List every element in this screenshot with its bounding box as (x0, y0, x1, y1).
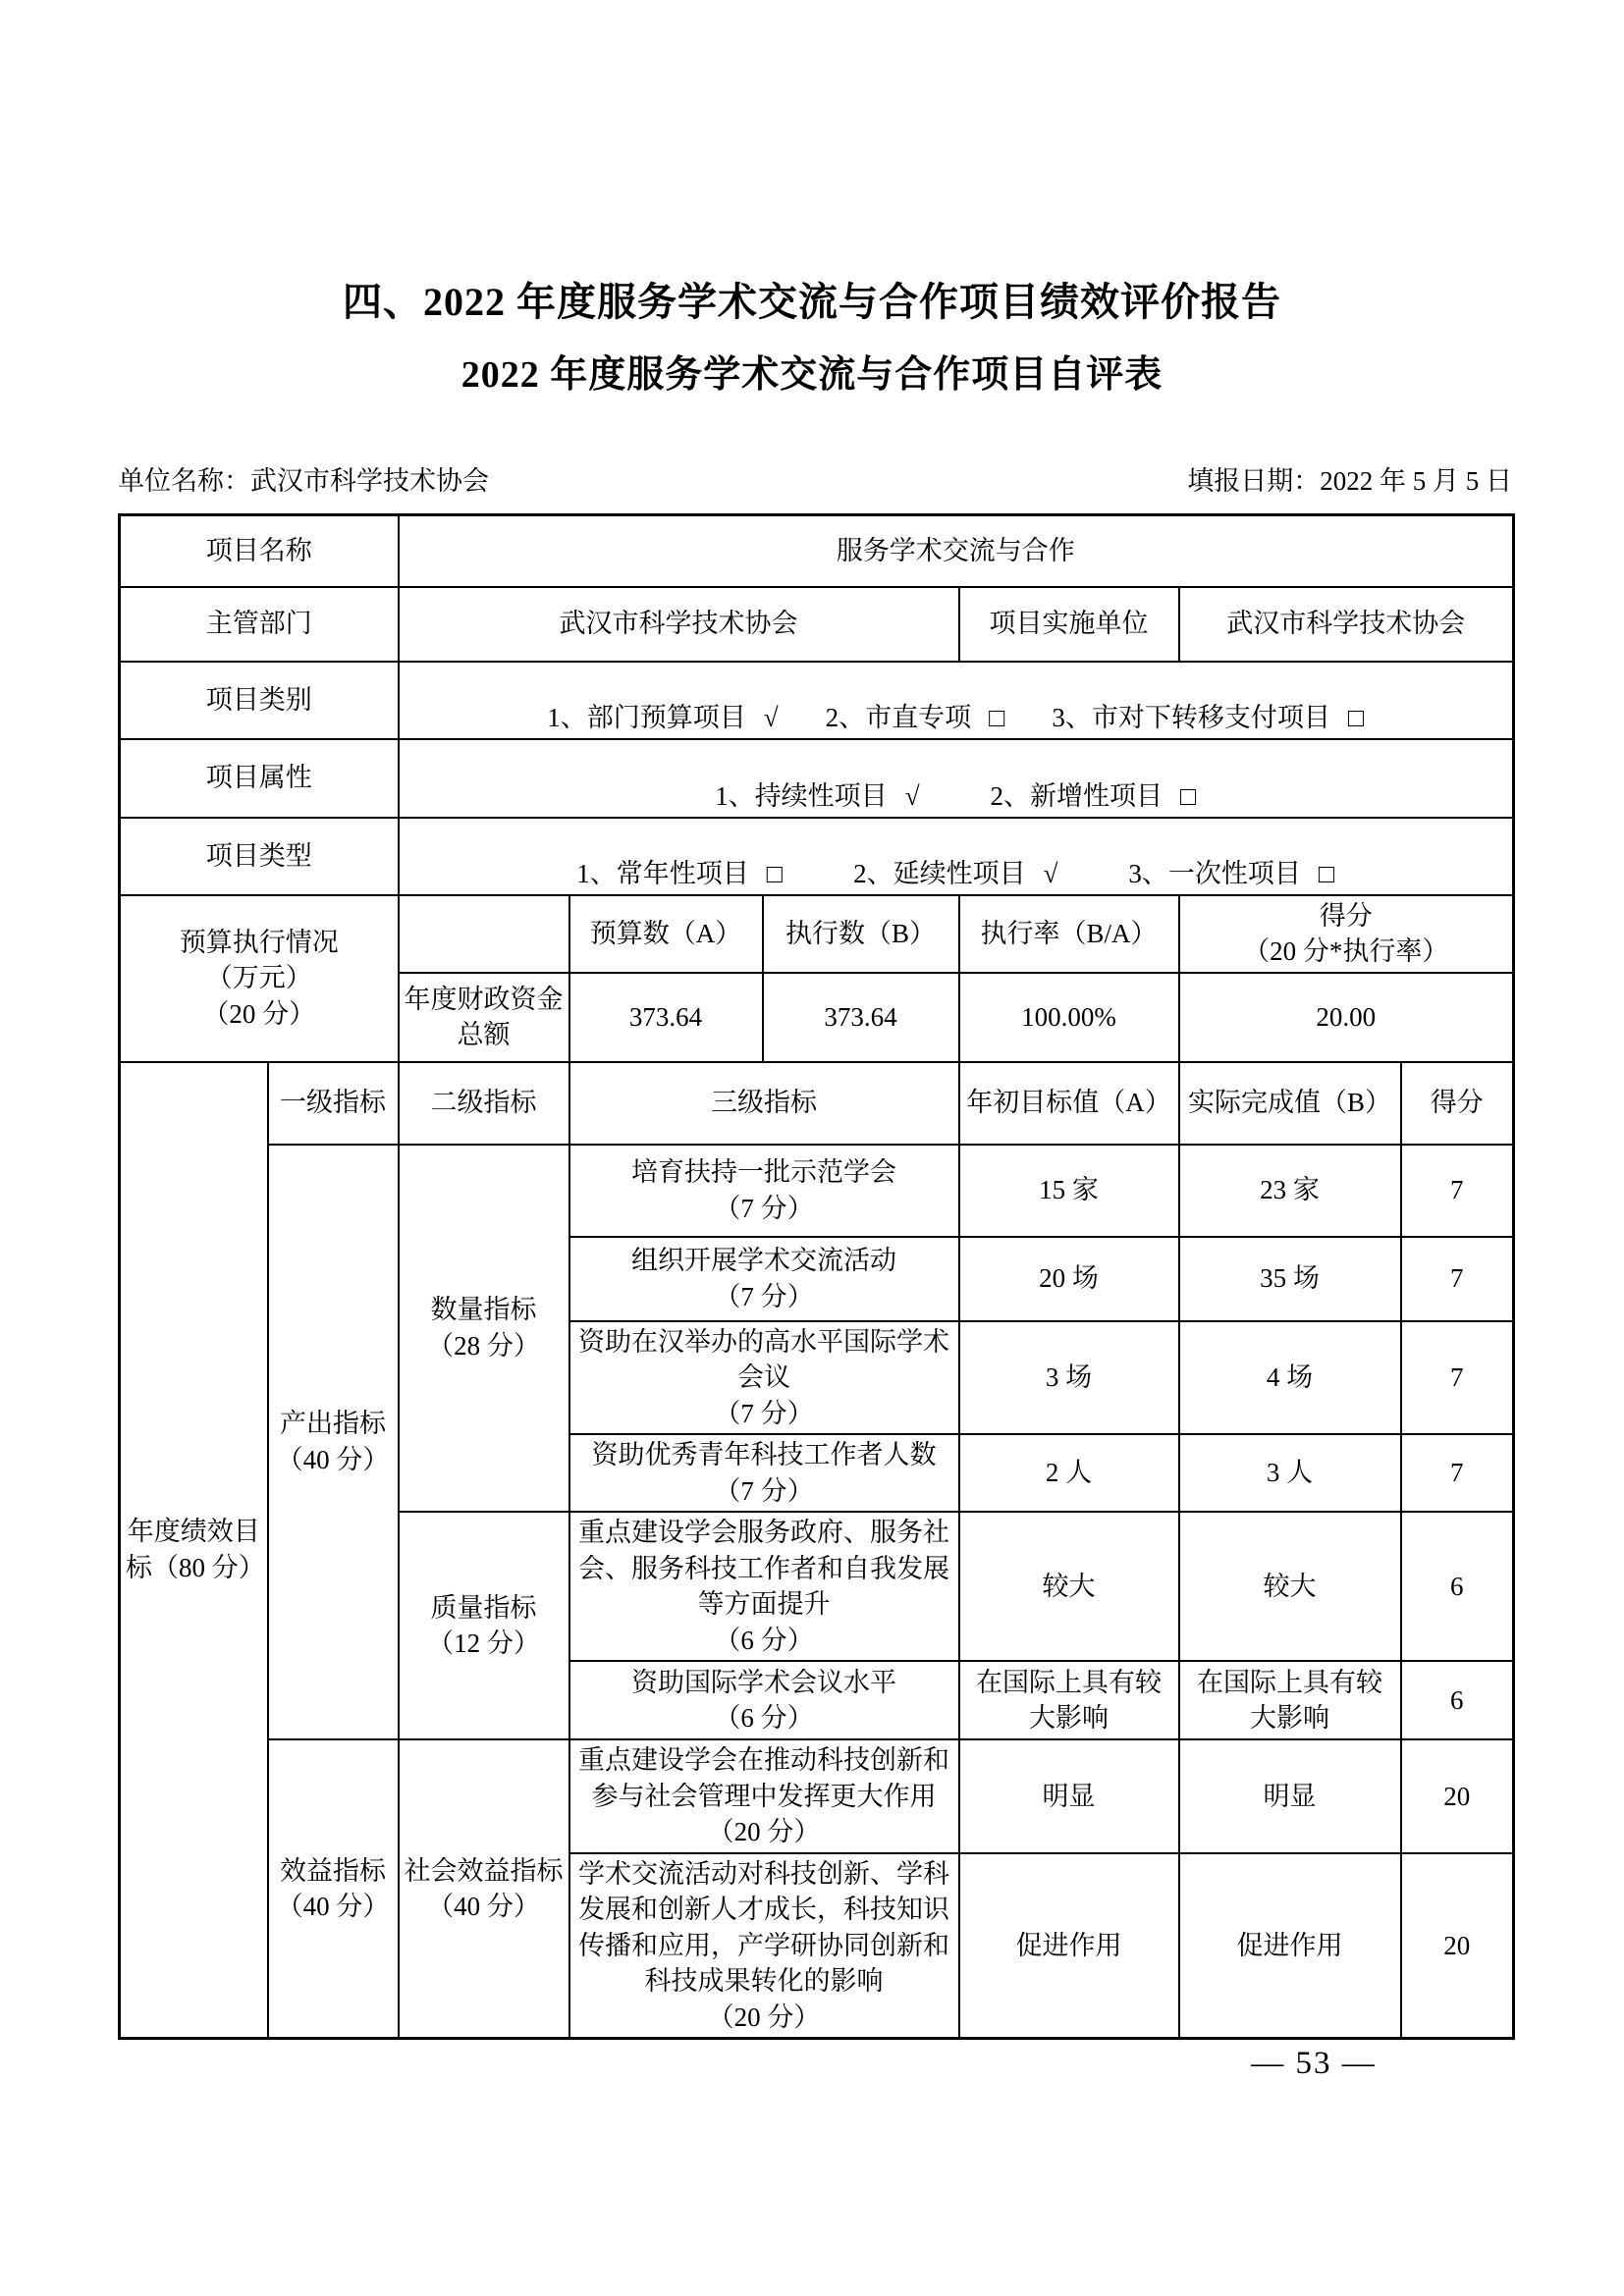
category-label: 项目类别 (120, 662, 399, 739)
project-name-label: 项目名称 (120, 515, 399, 587)
budget-section-label: 预算执行情况 （万元） （20 分） (120, 895, 399, 1062)
budget-header-score: 得分 （20 分*执行率） (1179, 895, 1514, 973)
indicator-cell: 学术交流活动对科技创新、学科 发展和创新人才成长，科技知识 传播和应用，产学研协… (569, 1853, 959, 2039)
actual-cell: 4 场 (1179, 1321, 1401, 1435)
checkmark-icon: √ (764, 700, 779, 736)
table-row: 年度绩效目 标（80 分） 一级指标 二级指标 三级指标 年初目标值（A） 实际… (120, 1062, 1514, 1145)
level1-output-cell: 产出指标 （40 分） (268, 1145, 399, 1740)
budget-header-amount: 预算数（A） (569, 895, 763, 973)
header-score: 得分 (1401, 1062, 1514, 1145)
actual-cell: 35 场 (1179, 1237, 1401, 1321)
option-text: 3、一次性项目 (1128, 856, 1301, 892)
indicator-cell: 资助在汉举办的高水平国际学术 会议 （7 分） (569, 1321, 959, 1435)
score-cell: 7 (1401, 1237, 1514, 1321)
project-name-value: 服务学术交流与合作 (399, 515, 1514, 587)
budget-header-rate: 执行率（B/A） (959, 895, 1179, 973)
header-level3: 三级指标 (569, 1062, 959, 1145)
target-cell: 15 家 (959, 1145, 1179, 1237)
category-option-1: 1、部门预算项目 √ (547, 700, 778, 736)
type-options: 1、常年性项目 □ 2、延续性项目 √ 3、一次性项目 □ (399, 818, 1514, 895)
table-row: 项目类别 1、部门预算项目 √ 2、市直专项 □ 3、市对下转移支付项目 (120, 662, 1514, 739)
type-option-3: 3、一次性项目 □ (1128, 856, 1334, 892)
budget-score-value: 20.00 (1179, 973, 1514, 1062)
category-option-2: 2、市直专项 □ (826, 700, 1005, 736)
score-cell: 20 (1401, 1739, 1514, 1853)
option-text: 2、市直专项 (826, 700, 972, 736)
budget-exec-value: 373.64 (763, 973, 959, 1062)
dept-value: 武汉市科学技术协会 (399, 587, 959, 662)
actual-cell: 明显 (1179, 1739, 1401, 1853)
performance-section-label: 年度绩效目 标（80 分） (120, 1062, 268, 2039)
budget-rate-value: 100.00% (959, 973, 1179, 1062)
target-cell: 20 场 (959, 1237, 1179, 1321)
target-cell: 较大 (959, 1512, 1179, 1661)
indicator-cell: 重点建设学会服务政府、服务社 会、服务科技工作者和自我发展 等方面提升 （6 分… (569, 1512, 959, 1661)
budget-header-exec: 执行数（B） (763, 895, 959, 973)
unit-name: 单位名称：武汉市科学技术协会 (118, 459, 489, 498)
target-cell: 3 场 (959, 1321, 1179, 1435)
type-label: 项目类型 (120, 818, 399, 895)
table-row: 主管部门 武汉市科学技术协会 项目实施单位 武汉市科学技术协会 (120, 587, 1514, 662)
dept-label: 主管部门 (120, 587, 399, 662)
option-text: 2、新增性项目 (991, 778, 1164, 815)
target-cell: 在国际上具有较 大影响 (959, 1661, 1179, 1739)
report-title: 四、2022 年度服务学术交流与合作项目绩效评价报告 (0, 271, 1624, 327)
table-row: 项目属性 1、持续性项目 √ 2、新增性项目 □ (120, 739, 1514, 818)
indicator-cell: 重点建设学会在推动科技创新和 参与社会管理中发挥更大作用 （20 分） (569, 1739, 959, 1853)
indicator-cell: 资助优秀青年科技工作者人数 （7 分） (569, 1434, 959, 1512)
budget-amount-value: 373.64 (569, 973, 763, 1062)
checkmark-icon: √ (1044, 856, 1058, 892)
budget-empty-cell (399, 895, 569, 973)
table-row: 项目名称 服务学术交流与合作 (120, 515, 1514, 587)
option-text: 1、常年性项目 (576, 856, 749, 892)
header-level2: 二级指标 (399, 1062, 569, 1145)
indicator-row: 效益指标 （40 分） 社会效益指标 （40 分） 重点建设学会在推动科技创新和… (120, 1739, 1514, 1853)
checkbox-empty-icon: □ (1180, 778, 1196, 815)
impl-unit-value: 武汉市科学技术协会 (1179, 587, 1514, 662)
target-cell: 2 人 (959, 1434, 1179, 1512)
indicator-row: 产出指标 （40 分） 数量指标 （28 分） 培育扶持一批示范学会 （7 分）… (120, 1145, 1514, 1237)
attribute-options: 1、持续性项目 √ 2、新增性项目 □ (399, 739, 1514, 818)
document-page: 四、2022 年度服务学术交流与合作项目绩效评价报告 2022 年度服务学术交流… (0, 0, 1624, 2296)
indicator-cell: 资助国际学术会议水平 （6 分） (569, 1661, 959, 1739)
actual-cell: 促进作用 (1179, 1853, 1401, 2039)
level2-social-cell: 社会效益指标 （40 分） (399, 1739, 569, 2039)
type-option-2: 2、延续性项目 √ (853, 856, 1057, 892)
option-text: 1、持续性项目 (715, 778, 888, 815)
checkbox-empty-icon: □ (989, 700, 1004, 736)
page-number: — 53 — (1220, 2046, 1407, 2082)
actual-cell: 3 人 (1179, 1434, 1401, 1512)
checkbox-empty-icon: □ (1348, 700, 1364, 736)
impl-unit-label: 项目实施单位 (959, 587, 1179, 662)
option-text: 3、市对下转移支付项目 (1052, 700, 1330, 736)
score-cell: 7 (1401, 1321, 1514, 1435)
checkbox-empty-icon: □ (1319, 856, 1334, 892)
indicator-cell: 组织开展学术交流活动 （7 分） (569, 1237, 959, 1321)
indicator-cell: 培育扶持一批示范学会 （7 分） (569, 1145, 959, 1237)
category-option-3: 3、市对下转移支付项目 □ (1052, 700, 1364, 736)
table-title: 2022 年度服务学术交流与合作项目自评表 (0, 344, 1624, 398)
attribute-option-2: 2、新增性项目 □ (991, 778, 1197, 815)
score-cell: 6 (1401, 1512, 1514, 1661)
score-cell: 7 (1401, 1145, 1514, 1237)
checkbox-empty-icon: □ (767, 856, 783, 892)
target-cell: 明显 (959, 1739, 1179, 1853)
meta-row: 单位名称：武汉市科学技术协会 填报日期：2022 年 5 月 5 日 (118, 459, 1512, 498)
actual-cell: 在国际上具有较 大影响 (1179, 1661, 1401, 1739)
score-cell: 6 (1401, 1661, 1514, 1739)
level1-benefit-cell: 效益指标 （40 分） (268, 1739, 399, 2039)
type-option-1: 1、常年性项目 □ (576, 856, 783, 892)
level2-quantity-cell: 数量指标 （28 分） (399, 1145, 569, 1513)
actual-cell: 23 家 (1179, 1145, 1401, 1237)
target-cell: 促进作用 (959, 1853, 1179, 2039)
score-cell: 20 (1401, 1853, 1514, 2039)
option-text: 2、延续性项目 (853, 856, 1026, 892)
header-actual: 实际完成值（B） (1179, 1062, 1401, 1145)
attribute-option-1: 1、持续性项目 √ (715, 778, 919, 815)
category-options: 1、部门预算项目 √ 2、市直专项 □ 3、市对下转移支付项目 □ (399, 662, 1514, 739)
option-text: 1、部门预算项目 (547, 700, 746, 736)
fill-date: 填报日期：2022 年 5 月 5 日 (1187, 459, 1512, 498)
actual-cell: 较大 (1179, 1512, 1401, 1661)
header-target: 年初目标值（A） (959, 1062, 1179, 1145)
attribute-label: 项目属性 (120, 739, 399, 818)
budget-row-label: 年度财政资金 总额 (399, 973, 569, 1062)
header-level1: 一级指标 (268, 1062, 399, 1145)
checkmark-icon: √ (905, 778, 920, 815)
level2-quality-cell: 质量指标 （12 分） (399, 1512, 569, 1739)
self-evaluation-table: 项目名称 服务学术交流与合作 主管部门 武汉市科学技术协会 项目实施单位 武汉市… (118, 513, 1515, 2040)
table-row: 预算执行情况 （万元） （20 分） 预算数（A） 执行数（B） 执行率（B/A… (120, 895, 1514, 973)
score-cell: 7 (1401, 1434, 1514, 1512)
table-row: 项目类型 1、常年性项目 □ 2、延续性项目 √ 3、一次性项目 (120, 818, 1514, 895)
